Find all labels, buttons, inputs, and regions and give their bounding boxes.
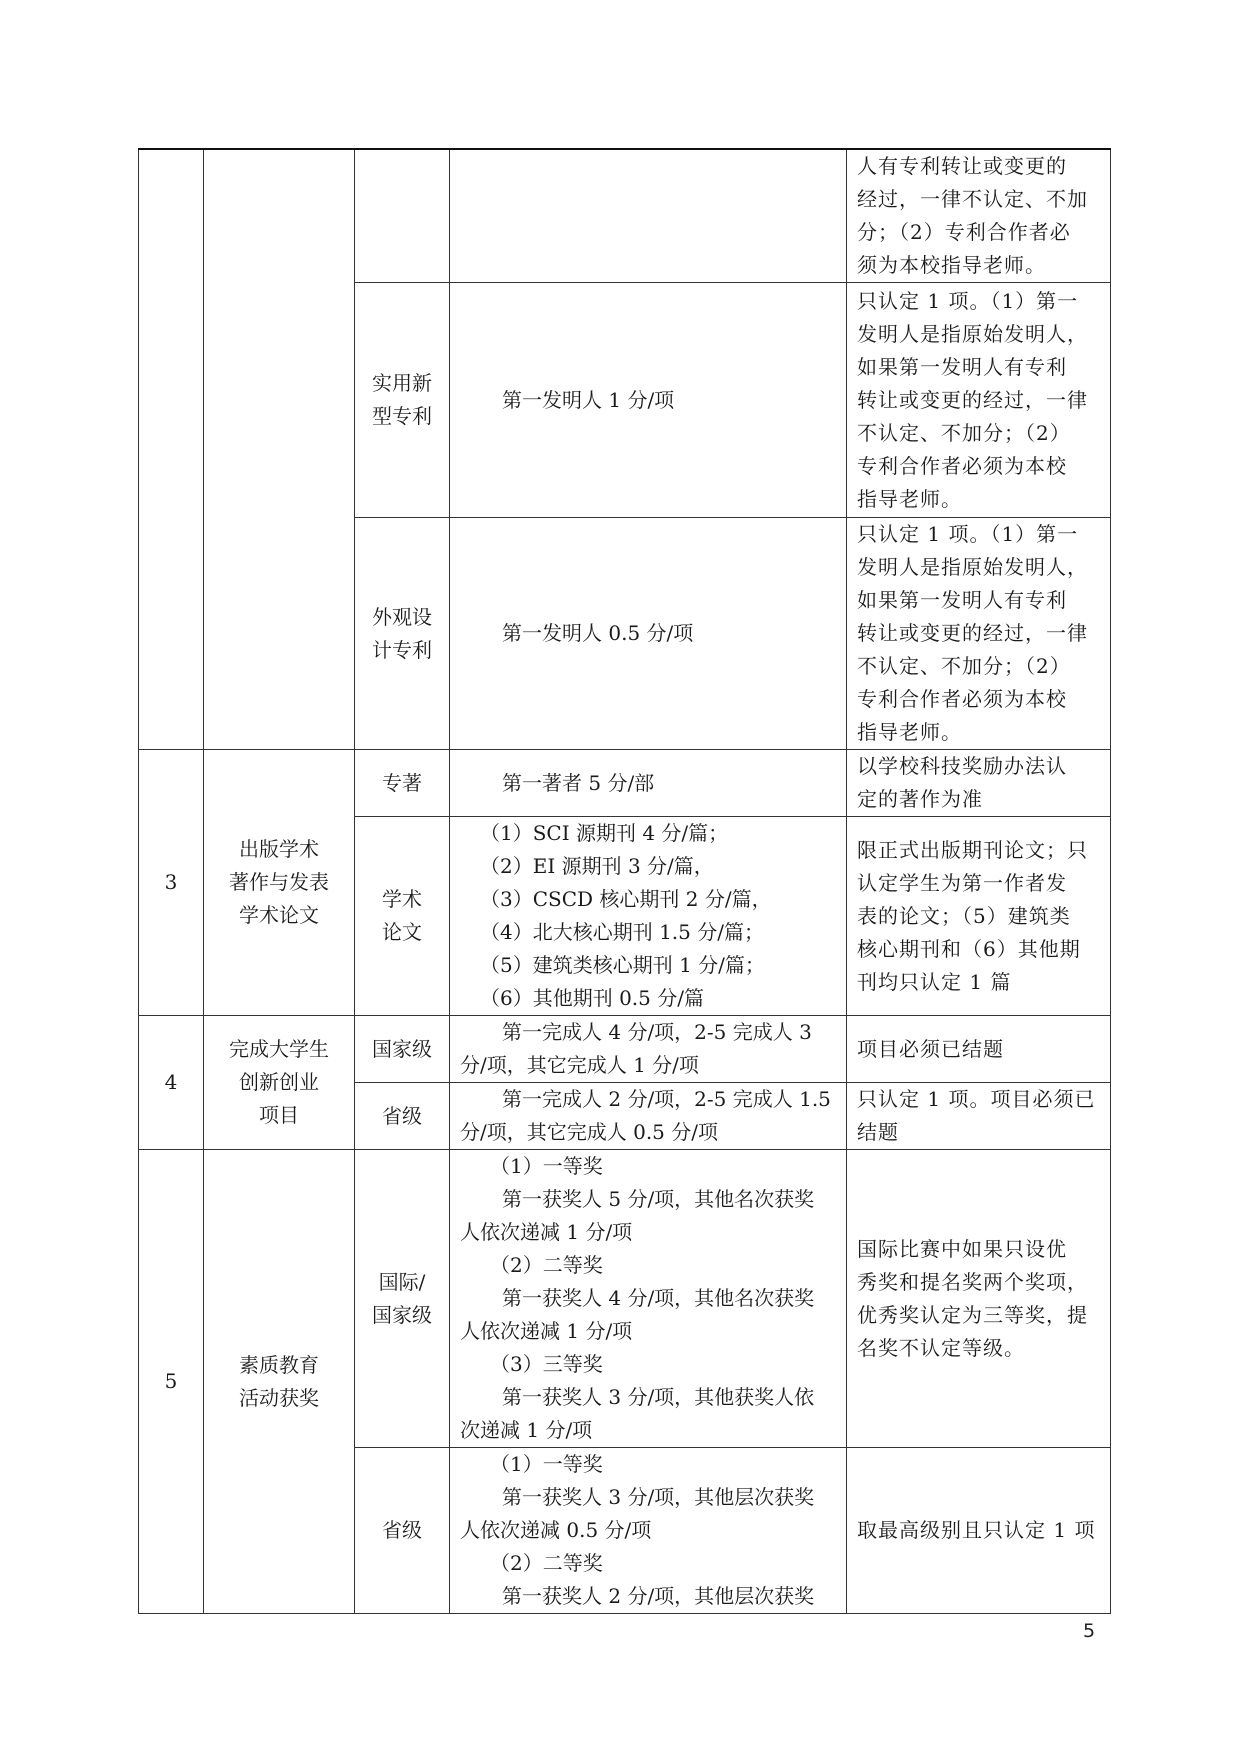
document-page: 人有专利转让或变更的 经过，一律不认定、不加 分；（2）专利合作者必 须为本校指… xyxy=(0,0,1241,1754)
note-line: 指导老师。 xyxy=(857,716,1102,749)
note-line: 分；（2）专利合作者必 xyxy=(857,216,1102,249)
cell-sub: 省级 xyxy=(355,1448,450,1614)
score-line: 第一获奖人 4 分/项，其他名次获奖 xyxy=(460,1282,836,1315)
note-line: 国际比赛中如果只设优 xyxy=(857,1233,1102,1266)
category-label: 著作与发表 xyxy=(218,866,340,899)
note-line: 取最高级别且只认定 1 项 xyxy=(857,1514,1102,1547)
category-label: 素质教育 xyxy=(218,1349,340,1382)
cell-note: 限正式出版期刊论文；只 认定学生为第一作者发 表的论文；（5）建筑类 核心期刊和… xyxy=(847,817,1111,1016)
table-row: 3 出版学术 著作与发表 学术论文 专著 第一著者 5 分/部 以学校科技奖励办… xyxy=(139,750,1111,817)
note-line: 专利合作者必须为本校 xyxy=(857,450,1102,483)
score-line: （4）北大核心期刊 1.5 分/篇； xyxy=(460,916,836,949)
sub-label: 学术 xyxy=(369,883,435,916)
category-label: 项目 xyxy=(218,1099,340,1132)
cell-score: 第一发明人 1 分/项 xyxy=(450,283,847,518)
score-line: 第一获奖人 2 分/项，其他层次获奖 xyxy=(460,1580,836,1613)
note-line: 不认定、不加分；（2） xyxy=(857,650,1102,683)
note-line: 秀奖和提名奖两个奖项， xyxy=(857,1266,1102,1299)
sub-label: 省级 xyxy=(369,1514,435,1547)
note-line: 限正式出版期刊论文；只 xyxy=(857,834,1102,867)
cell-sub: 省级 xyxy=(355,1083,450,1150)
score-line: 次递减 1 分/项 xyxy=(460,1414,836,1447)
score-line: 人依次递减 1 分/项 xyxy=(460,1315,836,1348)
note-line: 定的著作为准 xyxy=(857,783,1102,816)
table-row: 4 完成大学生 创新创业 项目 国家级 第一完成人 4 分/项，2-5 完成人 … xyxy=(139,1016,1111,1083)
score-line: 第一获奖人 3 分/项，其他获奖人依 xyxy=(460,1381,836,1414)
cell-sub: 实用新 型专利 xyxy=(355,283,450,518)
cell-note: 取最高级别且只认定 1 项 xyxy=(847,1448,1111,1614)
note-line: 结题 xyxy=(857,1116,1102,1149)
score-line: （2）二等奖 xyxy=(460,1547,836,1580)
sub-label: 专著 xyxy=(369,767,435,800)
score-line: 分/项，其它完成人 0.5 分/项 xyxy=(460,1116,836,1149)
cell-score: （1）SCI 源期刊 4 分/篇； （2）EI 源期刊 3 分/篇， （3）CS… xyxy=(450,817,847,1016)
cell-score: 第一完成人 2 分/项，2-5 完成人 1.5 分/项，其它完成人 0.5 分/… xyxy=(450,1083,847,1150)
cell-note: 只认定 1 项。（1）第一 发明人是指原始发明人， 如果第一发明人有专利 转让或… xyxy=(847,518,1111,750)
row-number: 3 xyxy=(165,870,178,894)
cell-no: 3 xyxy=(139,750,204,1016)
sub-label: 国家级 xyxy=(369,1033,435,1066)
score-line: 第一获奖人 5 分/项，其他名次获奖 xyxy=(460,1183,836,1216)
note-line: 如果第一发明人有专利 xyxy=(857,584,1102,617)
note-line: 优秀奖认定为三等奖，提 xyxy=(857,1299,1102,1332)
cell-score: （1）一等奖 第一获奖人 3 分/项，其他层次获奖 人依次递减 0.5 分/项 … xyxy=(450,1448,847,1614)
note-line: 人有专利转让或变更的 xyxy=(857,150,1102,183)
sub-label: 实用新 xyxy=(369,367,435,400)
cell-sub: 国家级 xyxy=(355,1016,450,1083)
score-line: （2）二等奖 xyxy=(460,1249,836,1282)
note-line: 不认定、不加分；（2） xyxy=(857,417,1102,450)
category-label: 出版学术 xyxy=(218,833,340,866)
row-number: 4 xyxy=(165,1070,178,1094)
note-line: 项目必须已结题 xyxy=(857,1033,1102,1066)
note-line: 只认定 1 项。项目必须已 xyxy=(857,1083,1102,1116)
sub-label: 国家级 xyxy=(369,1299,435,1332)
cell-score xyxy=(450,149,847,283)
note-line: 转让或变更的经过，一律 xyxy=(857,384,1102,417)
cell-sub: 专著 xyxy=(355,750,450,817)
sub-label: 外观设 xyxy=(369,601,435,634)
note-line: 表的论文；（5）建筑类 xyxy=(857,900,1102,933)
cell-score: （1）一等奖 第一获奖人 5 分/项，其他名次获奖 人依次递减 1 分/项 （2… xyxy=(450,1150,847,1448)
cell-sub xyxy=(355,149,450,283)
note-line: 转让或变更的经过，一律 xyxy=(857,617,1102,650)
note-line: 只认定 1 项。（1）第一 xyxy=(857,518,1102,551)
sub-label: 国际/ xyxy=(369,1266,435,1299)
note-line: 认定学生为第一作者发 xyxy=(857,867,1102,900)
cell-category: 出版学术 著作与发表 学术论文 xyxy=(204,750,355,1016)
cell-sub: 国际/ 国家级 xyxy=(355,1150,450,1448)
score-line: （1）SCI 源期刊 4 分/篇； xyxy=(460,817,836,850)
score-line: 第一著者 5 分/部 xyxy=(460,767,836,800)
note-line: 名奖不认定等级。 xyxy=(857,1332,1102,1365)
score-line: 第一发明人 0.5 分/项 xyxy=(460,617,836,650)
sub-label: 省级 xyxy=(369,1100,435,1133)
score-line: 第一发明人 1 分/项 xyxy=(460,384,836,417)
category-label: 活动获奖 xyxy=(218,1382,340,1415)
score-line: 第一完成人 2 分/项，2-5 完成人 1.5 xyxy=(460,1083,836,1116)
table-row: 人有专利转让或变更的 经过，一律不认定、不加 分；（2）专利合作者必 须为本校指… xyxy=(139,149,1111,283)
cell-category: 素质教育 活动获奖 xyxy=(204,1150,355,1614)
cell-category xyxy=(204,149,355,750)
cell-score: 第一发明人 0.5 分/项 xyxy=(450,518,847,750)
note-line: 发明人是指原始发明人， xyxy=(857,318,1102,351)
cell-note: 只认定 1 项。（1）第一 发明人是指原始发明人， 如果第一发明人有专利 转让或… xyxy=(847,283,1111,518)
sub-label: 计专利 xyxy=(369,634,435,667)
score-line: 第一完成人 4 分/项，2-5 完成人 3 xyxy=(460,1016,836,1049)
note-line: 如果第一发明人有专利 xyxy=(857,351,1102,384)
cell-no xyxy=(139,149,204,750)
note-line: 只认定 1 项。（1）第一 xyxy=(857,285,1102,318)
score-line: 人依次递减 0.5 分/项 xyxy=(460,1514,836,1547)
note-line: 专利合作者必须为本校 xyxy=(857,683,1102,716)
cell-note: 项目必须已结题 xyxy=(847,1016,1111,1083)
cell-note: 只认定 1 项。项目必须已 结题 xyxy=(847,1083,1111,1150)
score-line: 分/项，其它完成人 1 分/项 xyxy=(460,1049,836,1082)
cell-category: 完成大学生 创新创业 项目 xyxy=(204,1016,355,1150)
cell-sub: 学术 论文 xyxy=(355,817,450,1016)
category-label: 创新创业 xyxy=(218,1066,340,1099)
score-line: （3）三等奖 xyxy=(460,1348,836,1381)
score-line: （5）建筑类核心期刊 1 分/篇； xyxy=(460,949,836,982)
sub-label: 型专利 xyxy=(369,400,435,433)
note-line: 须为本校指导老师。 xyxy=(857,249,1102,282)
score-line: （1）一等奖 xyxy=(460,1150,836,1183)
row-number: 5 xyxy=(165,1369,178,1393)
score-line: 人依次递减 1 分/项 xyxy=(460,1216,836,1249)
scoring-table: 人有专利转让或变更的 经过，一律不认定、不加 分；（2）专利合作者必 须为本校指… xyxy=(138,148,1111,1614)
score-line: （1）一等奖 xyxy=(460,1448,836,1481)
score-line: 第一获奖人 3 分/项，其他层次获奖 xyxy=(460,1481,836,1514)
cell-score: 第一完成人 4 分/项，2-5 完成人 3 分/项，其它完成人 1 分/项 xyxy=(450,1016,847,1083)
note-line: 指导老师。 xyxy=(857,483,1102,516)
cell-note: 人有专利转让或变更的 经过，一律不认定、不加 分；（2）专利合作者必 须为本校指… xyxy=(847,149,1111,283)
note-line: 核心期刊和（6）其他期 xyxy=(857,933,1102,966)
score-line: （2）EI 源期刊 3 分/篇， xyxy=(460,850,836,883)
score-line: （3）CSCD 核心期刊 2 分/篇， xyxy=(460,883,836,916)
cell-note: 以学校科技奖励办法认 定的著作为准 xyxy=(847,750,1111,817)
note-line: 发明人是指原始发明人， xyxy=(857,551,1102,584)
cell-sub: 外观设 计专利 xyxy=(355,518,450,750)
sub-label: 论文 xyxy=(369,916,435,949)
cell-no: 5 xyxy=(139,1150,204,1614)
cell-score: 第一著者 5 分/部 xyxy=(450,750,847,817)
note-line: 刊均只认定 1 篇 xyxy=(857,966,1102,999)
category-label: 学术论文 xyxy=(218,899,340,932)
note-line: 经过，一律不认定、不加 xyxy=(857,183,1102,216)
cell-note: 国际比赛中如果只设优 秀奖和提名奖两个奖项， 优秀奖认定为三等奖，提 名奖不认定… xyxy=(847,1150,1111,1448)
score-line: （6）其他期刊 0.5 分/篇 xyxy=(460,982,836,1015)
note-line: 以学校科技奖励办法认 xyxy=(857,750,1102,783)
cell-no: 4 xyxy=(139,1016,204,1150)
table-row: 5 素质教育 活动获奖 国际/ 国家级 （1）一等奖 第一获奖人 5 分/项，其… xyxy=(139,1150,1111,1448)
page-number: 5 xyxy=(1083,1620,1095,1642)
category-label: 完成大学生 xyxy=(218,1033,340,1066)
